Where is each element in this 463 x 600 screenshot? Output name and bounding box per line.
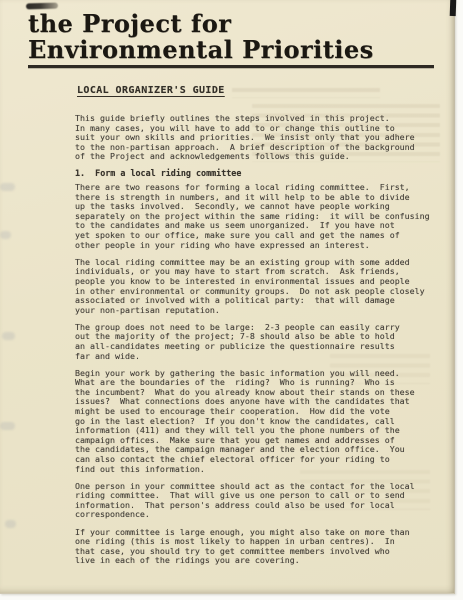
margin-smudge-artifact (0, 183, 15, 191)
document-subtitle: LOCAL ORGANIZER'S GUIDE (77, 85, 447, 97)
margin-smudge-artifact (5, 520, 16, 528)
paragraph-3: The group does not need to be large: 2-3… (75, 323, 447, 361)
document-body: LOCAL ORGANIZER'S GUIDE This guide brief… (75, 85, 447, 573)
masthead: the Project for Environmental Priorities (28, 11, 440, 68)
margin-smudge-artifact (0, 422, 15, 430)
scan-edge-mark (450, 0, 457, 16)
section-1-heading: 1. Form a local riding committee (75, 169, 447, 179)
paragraph-5: One person in your committee should act … (75, 482, 447, 520)
masthead-title-line1: the Project for (28, 11, 440, 37)
intro-paragraph: This guide briefly outlines the steps in… (75, 114, 447, 162)
masthead-title-line2: Environmental Priorities (28, 37, 440, 63)
document-page: the Project for Environmental Priorities… (0, 0, 455, 594)
margin-smudge-artifact (0, 231, 11, 239)
margin-smudge-artifact (2, 332, 15, 340)
paragraph-4: Begin your work by gathering the basic i… (75, 369, 447, 475)
masthead-title: the Project for Environmental Priorities (28, 11, 440, 63)
masthead-rule (28, 65, 434, 68)
paragraph-2: The local riding committee may be an exi… (75, 258, 447, 316)
paragraph-6: If your committee is large enough, you m… (75, 528, 447, 566)
paragraph-1: There are two reasons for forming a loca… (75, 183, 447, 250)
